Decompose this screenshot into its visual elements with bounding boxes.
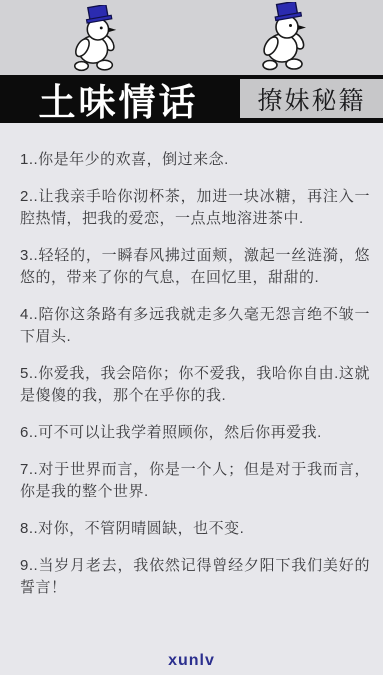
pickup-line: 8..对你，不管阴晴圆缺，也不变.	[20, 518, 370, 540]
pickup-line: 5..你爱我，我会陪你；你不爱我，我哈你自由.这就是傻傻的我，那个在乎你的我.	[20, 363, 370, 407]
watermark-logo: xunlv	[0, 652, 383, 670]
pickup-line: 2..让我亲手哈你沏杯茶，加进一块冰糖，再注入一腔热情，把我的爱恋，一点点地溶进…	[20, 186, 370, 230]
pickup-line: 7..对于世界而言，你是一个人；但是对于我而言，你是我的整个世界.	[20, 459, 370, 503]
top-band	[0, 0, 383, 75]
walking-snowman-icon	[68, 5, 122, 73]
subtitle-badge: 撩妹秘籍	[240, 79, 383, 118]
poster: 土味情话 撩妹秘籍 1..你是年少的欢喜，倒过来念.2..让我亲手哈你沏杯茶，加…	[0, 0, 383, 675]
header-bar: 土味情话 撩妹秘籍	[0, 75, 383, 123]
pickup-line: 4..陪你这条路有多远我就走多久毫无怨言绝不皱一下眉头.	[20, 304, 370, 348]
pickup-line: 3..轻轻的，一瞬春风拂过面颊，激起一丝涟漪，悠悠的，带来了你的气息，在回忆里，…	[20, 245, 370, 289]
walking-snowman-icon	[256, 2, 312, 72]
main-title: 土味情话	[0, 75, 237, 123]
pickup-line: 1..你是年少的欢喜，倒过来念.	[20, 149, 370, 171]
pickup-line: 9..当岁月老去，我依然记得曾经夕阳下我们美好的誓言！	[20, 555, 370, 599]
pickup-lines-list: 1..你是年少的欢喜，倒过来念.2..让我亲手哈你沏杯茶，加进一块冰糖，再注入一…	[0, 123, 383, 675]
pickup-line: 6..可不可以让我学着照顾你，然后你再爱我.	[20, 422, 370, 444]
